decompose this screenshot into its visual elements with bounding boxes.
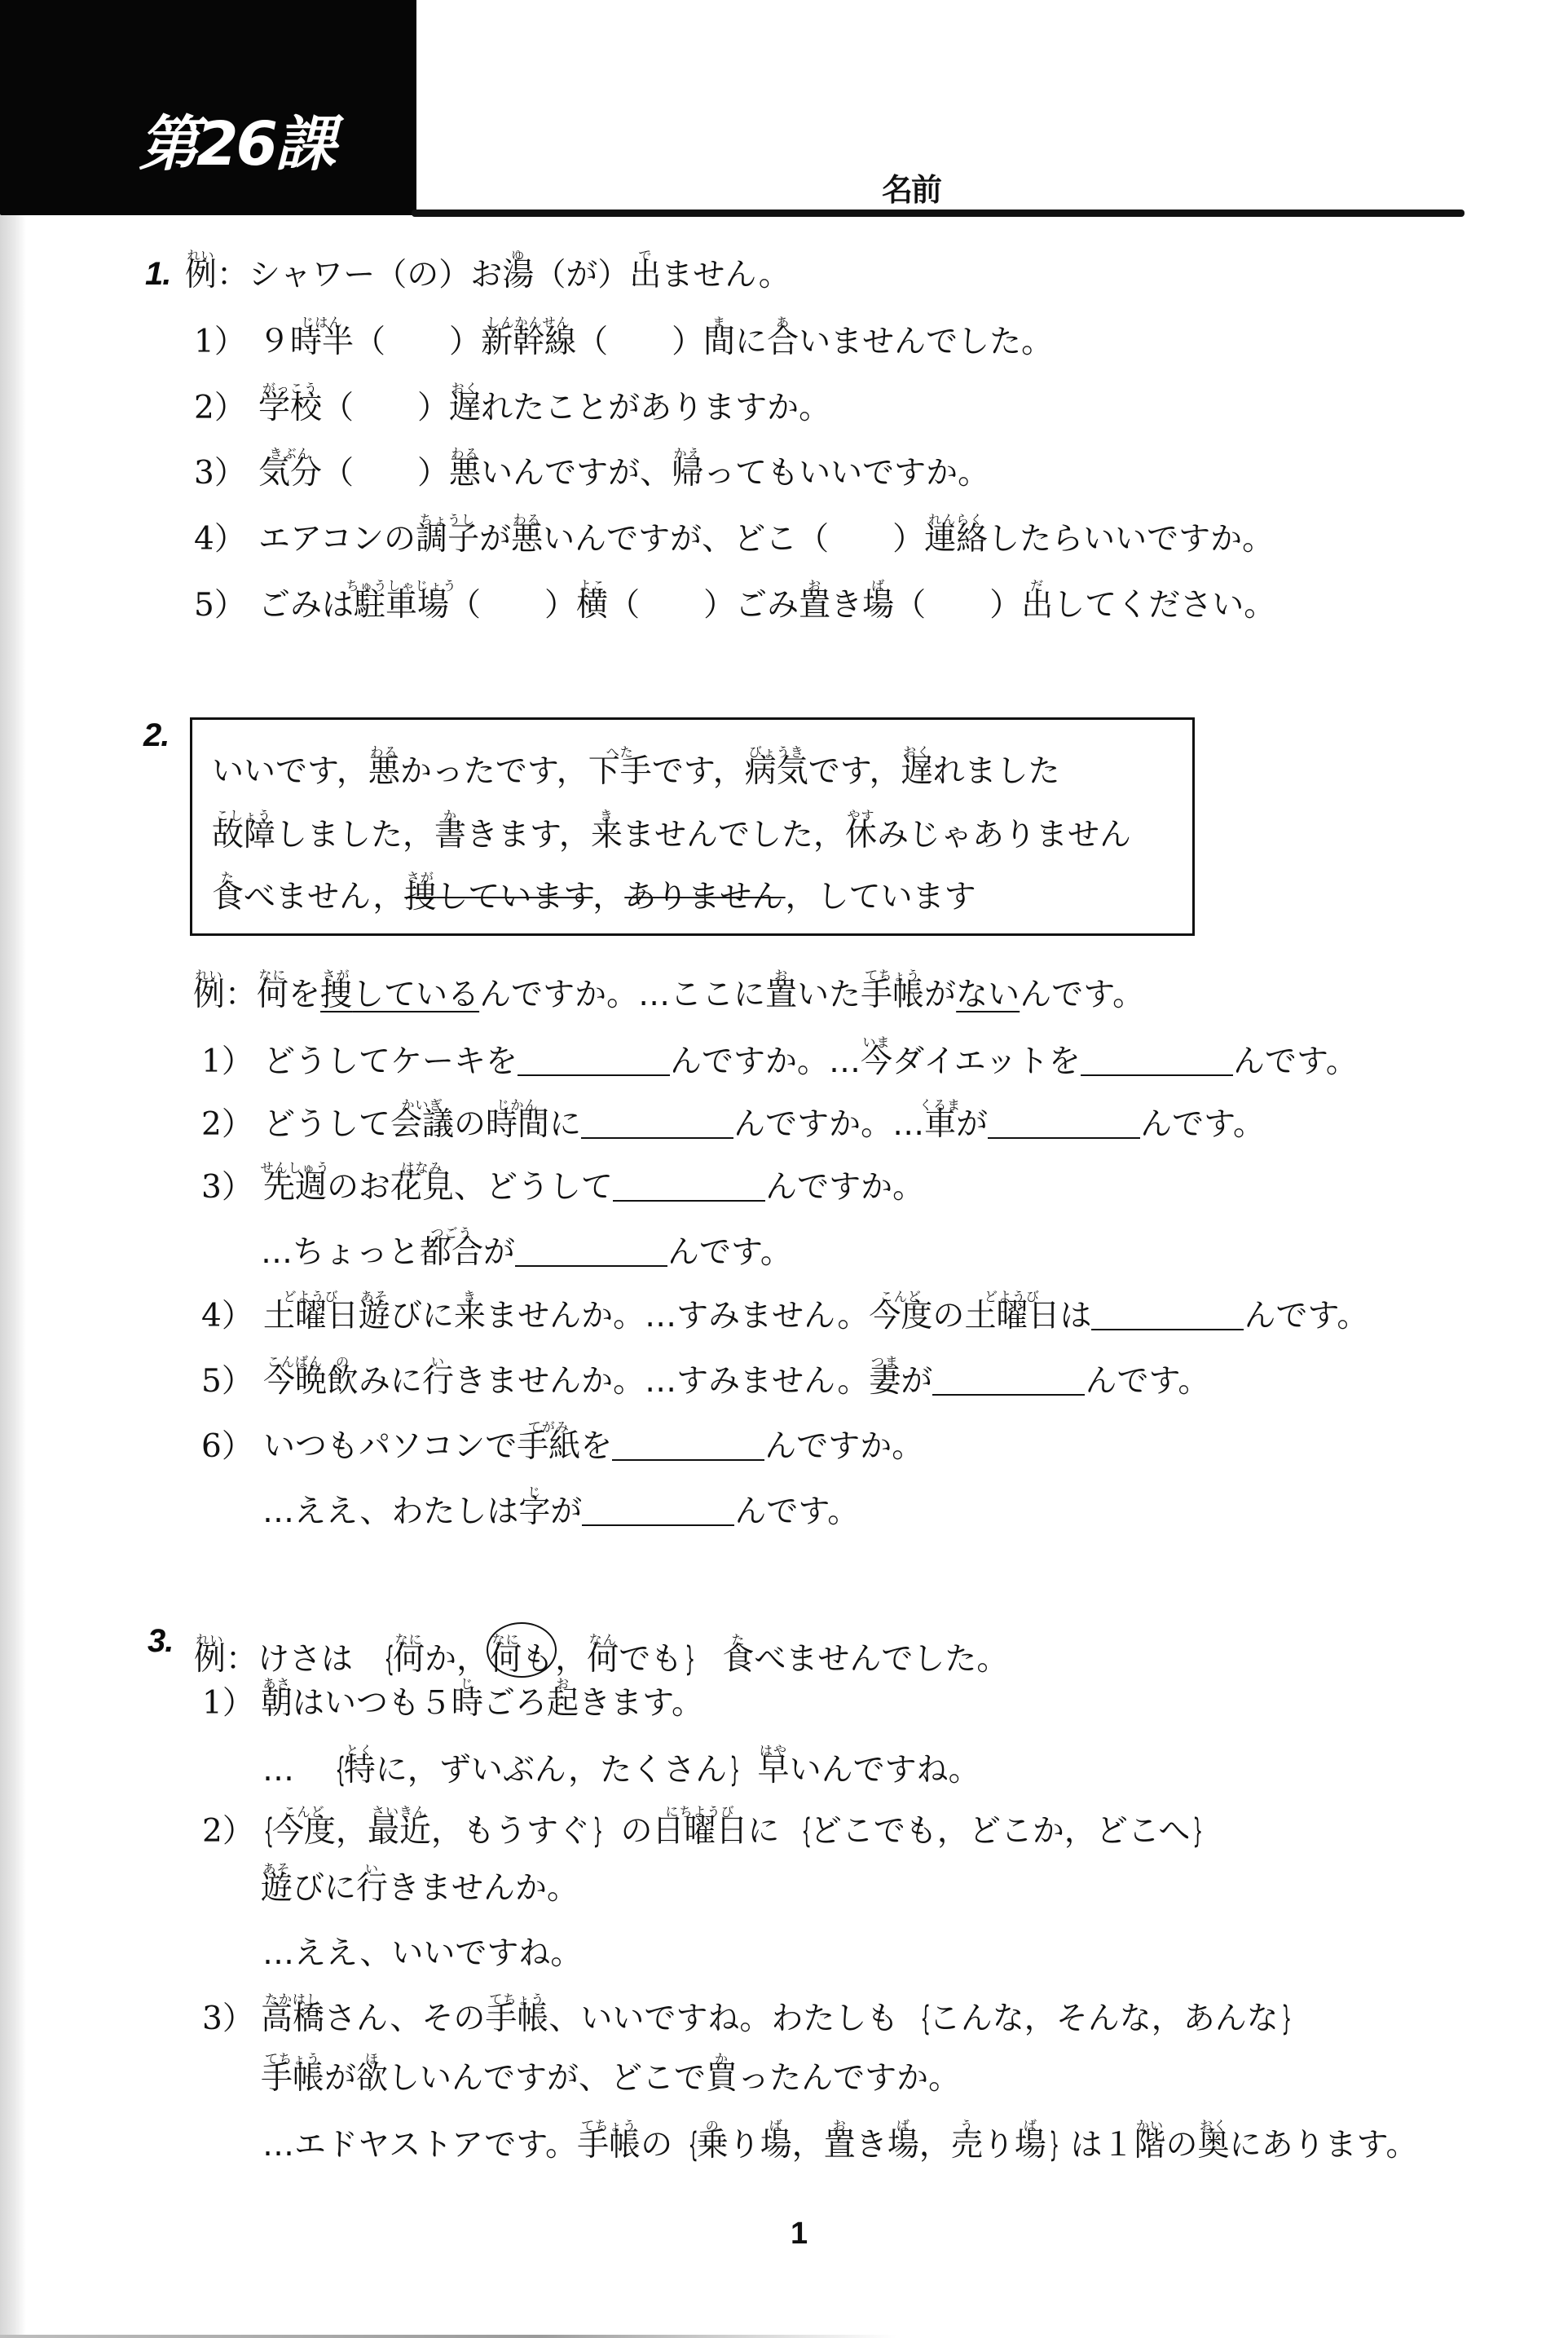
paren-close: ） <box>417 455 449 492</box>
paren-open: （ <box>797 521 829 558</box>
furigana: せんしゅう <box>260 1162 329 1175</box>
furigana: おく <box>903 746 931 759</box>
paren-close: ） <box>597 257 629 293</box>
paren-open: （ <box>354 324 385 360</box>
kanji-with-furigana: 手帳てちょう <box>577 2129 641 2162</box>
text-run: いいです， <box>212 753 368 790</box>
answer-blank-line <box>515 1241 667 1267</box>
kanji-with-furigana: 手帳てちょう <box>261 2062 324 2095</box>
text-run: んです。 <box>667 1234 792 1271</box>
text-run: ， <box>786 879 817 915</box>
furigana: こんど <box>283 1806 324 1819</box>
sentence-body: ごみは駐車場ちゅうしゃじょう（）横よこ（）ごみ置おき場ば（）出だしてください。 <box>258 587 1275 624</box>
example-answer-parentheses: （の） <box>375 259 470 292</box>
text-run: ってもいいですか。 <box>703 455 989 492</box>
kanji-with-furigana: 今度こんど <box>869 1300 932 1333</box>
text-run: けさは <box>258 1641 353 1678</box>
text-run: です， <box>808 753 901 790</box>
answer-blank-parentheses: （） <box>449 589 576 622</box>
text-run: ませんでした， <box>623 817 845 854</box>
answer-blank-parentheses: （） <box>322 392 449 425</box>
sentence-body: …ええ、いいですね。 <box>262 1935 582 1972</box>
furigana: の <box>336 1356 350 1369</box>
example-sentence: 例れい：何なにを捜さがしているんですか。…ここに置おいた手帳てちょうがないんです… <box>193 979 1144 1012</box>
text-run: ， <box>592 879 624 915</box>
furigana: かい <box>1136 2120 1164 2133</box>
kanji-with-furigana: 買か <box>706 2062 738 2095</box>
kanji-with-furigana: 遅おく <box>449 392 481 425</box>
answer-blank-line <box>612 1435 764 1461</box>
text-run: に <box>747 1813 779 1850</box>
paren-close: ） <box>449 324 481 360</box>
furigana: か <box>443 809 457 823</box>
text-run: が <box>924 977 956 1013</box>
text-run: れたことがありますか。 <box>481 390 830 426</box>
choice-brace-close: } <box>685 1643 691 1677</box>
furigana: なに <box>492 1634 520 1647</box>
furigana: やす <box>847 809 874 823</box>
question-item: 4）エアコンの調子ちょうしが悪わるいんですが、どこ（）連絡れんらくしたらいいです… <box>194 523 1274 556</box>
struck-out-option: 捜さが <box>404 881 436 914</box>
kanji-with-furigana: 食た <box>212 881 244 914</box>
text-run: が <box>901 1363 932 1400</box>
kanji-with-furigana: 車くるま <box>924 1109 956 1141</box>
text-run: れました <box>933 753 1060 790</box>
text-run: みじゃありません <box>877 817 1131 854</box>
text-run: びに <box>293 1870 356 1907</box>
text-run: いんですが、 <box>481 455 672 492</box>
choice-brace-open: { <box>920 2002 926 2036</box>
kanji-with-furigana: 時じ <box>451 1687 483 1720</box>
worksheet-page: 第26課 名前 1. 例れい：シャワー（の）お湯ゆ（が）出でません。 1）９時半… <box>0 0 1568 2338</box>
text-run: いませんでした。 <box>799 324 1053 360</box>
answer-line: …ええ、わたしは字じがんです。 <box>262 1496 859 1529</box>
sentence-body: 遊あそびに行いきませんか。 <box>261 1870 579 1907</box>
furigana: じ <box>527 1486 541 1499</box>
text-run: いた <box>797 977 861 1013</box>
kanji-with-furigana: 湯ゆ <box>502 259 534 292</box>
choice-brace-open: { <box>335 1753 341 1788</box>
sentence-body: 土曜日どようび遊あそびに来きませんか。…すみません。今度こんどの土曜日どようびは… <box>263 1298 1368 1334</box>
kanji-with-furigana: 例れい <box>185 259 217 292</box>
paren-open: （ <box>576 324 608 360</box>
text-run: んですか。 <box>764 1428 923 1465</box>
text-run: きませんか。…すみません。 <box>454 1363 869 1400</box>
text-run: みに <box>359 1363 422 1400</box>
kanji-with-furigana: 日曜日にちようび <box>652 1815 747 1848</box>
paren-close: ） <box>438 257 470 293</box>
paren-open: （ <box>608 587 640 624</box>
kanji-with-furigana: 場ば <box>888 2129 919 2162</box>
answer-blank-line <box>581 1113 733 1139</box>
item-number: 6） <box>201 1431 263 1463</box>
kanji-with-furigana: 場ば <box>1015 2129 1046 2162</box>
furigana: い <box>431 1356 445 1369</box>
furigana: お <box>556 1678 570 1691</box>
furigana: ま <box>712 316 726 329</box>
text-run: シャワー <box>249 257 375 293</box>
furigana: さが <box>323 969 350 982</box>
sentence-body: 先週せんしゅうのお花見はなみ、どうしてんですか。 <box>263 1169 924 1206</box>
text-run: しました， <box>275 817 434 854</box>
text-run: んです。 <box>1244 1298 1368 1334</box>
furigana: てちょう <box>489 1993 544 2006</box>
furigana: なに <box>259 969 287 982</box>
text-run: びに <box>390 1298 454 1334</box>
example-answer: が <box>566 259 597 292</box>
kanji-with-furigana: 遊あそ <box>261 1873 293 1905</box>
furigana: れい <box>187 249 214 262</box>
answer-blank-line <box>582 1500 734 1526</box>
text-run: でも <box>619 1641 682 1678</box>
text-run: ： <box>225 977 257 1013</box>
furigana: ば <box>1024 2120 1037 2133</box>
text-run: いんですが、どこ <box>543 521 797 558</box>
kanji-with-furigana: 横よこ <box>576 589 608 622</box>
underlined-example: ない <box>956 977 1020 1013</box>
answer-blank-line <box>518 1050 670 1076</box>
kanji-with-furigana: 何なに <box>490 1643 522 1676</box>
name-label: 名前 <box>882 172 940 208</box>
word-box-line: いいです，悪わるかったです，下手へたです，病気びょうきです，遅おくれました <box>212 756 1060 788</box>
choice-brace-close: } <box>1281 2002 1287 2036</box>
text-run: ダイエットを <box>892 1043 1081 1080</box>
kanji-with-furigana: 合あ <box>767 326 799 359</box>
paren-close: ） <box>417 390 449 426</box>
example-answer-parentheses: （が） <box>534 259 629 292</box>
item-number: 1） <box>202 1687 261 1720</box>
sentence-body: エアコンの調子ちょうしが悪わるいんですが、どこ（）連絡れんらくしたらいいですか。 <box>258 521 1274 558</box>
text-run: の <box>641 2127 672 2164</box>
text-run: …エドヤストアです。 <box>262 2127 577 2164</box>
text-run: のお <box>327 1169 390 1206</box>
text-run: んですか。… <box>733 1106 924 1143</box>
word-list: いいです，悪わるかったです，下手へたです，病気びょうきです，遅おくれました <box>212 753 1060 790</box>
text-run: ： <box>217 257 249 293</box>
kanji-with-furigana: 土曜日どようび <box>964 1300 1059 1333</box>
furigana: びょうき <box>749 746 804 759</box>
furigana: いま <box>863 1036 891 1049</box>
question-item: 3）先週せんしゅうのお花見はなみ、どうしてんですか。 <box>201 1171 924 1204</box>
item-number: 5） <box>201 1365 263 1398</box>
text-run: んです。 <box>1085 1363 1209 1400</box>
kanji-with-furigana: 何なに <box>393 1643 425 1676</box>
answer-line: …{特とくに，ずいぶん，たくさん}早はやいんですね。 <box>262 1754 980 1787</box>
furigana: しんかんせん <box>487 316 570 329</box>
text-run: んです。 <box>1233 1043 1358 1080</box>
exercise-number: 3. <box>148 1625 173 1657</box>
question-item: 2）{今度こんど，最近さいきん，もうすぐ}の日曜日にちようびに{どこでも，どこか… <box>202 1815 1201 1848</box>
furigana: おく <box>451 382 479 395</box>
text-run: ませんか。…すみません。 <box>486 1298 869 1334</box>
text-run: いつもパソコンで <box>263 1428 517 1465</box>
kanji-with-furigana: 階かい <box>1134 2129 1166 2162</box>
text-run: かったです， <box>400 753 588 790</box>
struck-out-option: しています <box>436 879 592 915</box>
answer-blank-line <box>1091 1304 1244 1330</box>
furigana: はなみ <box>402 1162 443 1175</box>
kanji-with-furigana: 来き <box>454 1300 486 1333</box>
word-list: 食たべません，捜さがしています，ありません，しています <box>212 879 976 915</box>
text-run: か， <box>425 1641 488 1678</box>
kanji-with-furigana: 土曜日どようび <box>263 1300 359 1333</box>
text-run: どうして <box>263 1106 390 1143</box>
furigana: の <box>706 2120 720 2133</box>
text-run: ったんですか。 <box>738 2060 960 2097</box>
furigana: こんばん <box>267 1356 323 1369</box>
kanji-with-furigana: 欲ほ <box>356 2062 388 2095</box>
text-run: の <box>454 1106 486 1143</box>
sentence-body: どうしてケーキをんですか。…今いまダイエットをんです。 <box>263 1043 1358 1080</box>
kanji-with-furigana: 場ば <box>862 589 894 622</box>
kanji-with-furigana: 乗の <box>697 2129 729 2162</box>
furigana: う <box>960 2120 974 2133</box>
kanji-with-furigana: 何なん <box>587 1643 619 1676</box>
text-run: ９ <box>258 324 290 360</box>
text-run: が <box>550 1493 582 1530</box>
paren-open: （ <box>322 390 354 426</box>
text-run: んです。 <box>1020 977 1144 1013</box>
kanji-with-furigana: 場ば <box>760 2129 792 2162</box>
text-run: したらいいですか。 <box>988 521 1274 558</box>
continuation-line: 遊あそびに行いきませんか。 <box>261 1873 579 1905</box>
lesson-title: 第26課 <box>139 108 333 181</box>
text-run: ，もうすぐ <box>431 1813 590 1850</box>
kanji-with-furigana: 最近さいきん <box>368 1815 431 1848</box>
kanji-with-furigana: 何なに <box>257 979 288 1012</box>
kanji-with-furigana: 会議かいぎ <box>390 1109 454 1141</box>
kanji-with-furigana: 書か <box>434 819 466 852</box>
example-answer: の <box>407 259 438 292</box>
text-run: が <box>479 521 511 558</box>
question-item: 1）どうしてケーキをんですか。…今いまダイエットをんです。 <box>201 1046 1358 1079</box>
sentence-body: 例れい：何なにを捜さがしているんですか。…ここに置おいた手帳てちょうがないんです… <box>193 977 1144 1013</box>
kanji-with-furigana: 行い <box>356 1873 388 1905</box>
furigana: ゆ <box>511 249 525 262</box>
paren-open: （ <box>894 587 926 624</box>
item-number: 3） <box>202 2003 261 2036</box>
furigana: わる <box>451 448 479 461</box>
continuation-line: 手帳てちょうが欲ほしいんですが、どこで買かったんですか。 <box>261 2062 960 2095</box>
kanji-with-furigana: 朝あさ <box>261 1687 293 1720</box>
word-box-line: 故障こしょうしました，書かきます，来きませんでした，休やすみじゃありません <box>212 819 1131 852</box>
furigana: ば <box>769 2120 783 2133</box>
kanji-with-furigana: 故障こしょう <box>212 819 275 852</box>
sentence-body: 学校がっこう（）遅おくれたことがありますか。 <box>258 390 830 426</box>
furigana: てちょう <box>265 2053 320 2066</box>
kanji-with-furigana: 食た <box>722 1643 754 1676</box>
text-run: … <box>262 1752 294 1789</box>
circled-answer: 何なにも <box>487 1622 557 1678</box>
kanji-with-furigana: 気分きぶん <box>258 457 322 490</box>
kanji-with-furigana: 例れい <box>194 1643 226 1676</box>
text-run: してください。 <box>1053 587 1275 624</box>
furigana: よこ <box>579 580 606 593</box>
kanji-with-furigana: 悪わる <box>449 457 481 490</box>
kanji-with-furigana: 遅おく <box>901 756 933 788</box>
kanji-with-furigana: 手帳てちょう <box>485 2003 548 2036</box>
furigana: ちょうし <box>420 514 475 527</box>
furigana: なに <box>395 1634 423 1647</box>
page-number: 1 <box>791 2217 808 2250</box>
question-item: 6）いつもパソコンで手紙てがみをんですか。 <box>201 1431 923 1463</box>
text-run: に <box>549 1106 581 1143</box>
kanji-with-furigana: 休やす <box>845 819 877 852</box>
furigana: わる <box>370 746 398 759</box>
furigana: ほ <box>365 2053 379 2066</box>
text-run: きます， <box>466 817 591 854</box>
text-run: を <box>580 1428 612 1465</box>
exercise-number: 1. <box>145 258 170 290</box>
furigana: か <box>715 2053 729 2066</box>
text-run: にあります。 <box>1230 2127 1418 2164</box>
furigana: さが <box>407 871 434 884</box>
kanji-with-furigana: 今晩こんばん <box>263 1365 327 1398</box>
kanji-with-furigana: 手紙てがみ <box>517 1431 580 1463</box>
underlined-example: 捜さが <box>320 979 352 1012</box>
text-run: んですか。…ここに <box>479 977 765 1013</box>
furigana: た <box>221 871 235 884</box>
furigana: れい <box>195 969 222 982</box>
exercise-number: 2. <box>143 719 169 752</box>
kanji-with-furigana: 先週せんしゅう <box>263 1171 327 1204</box>
furigana: あ <box>776 316 790 329</box>
choice-brace-close: } <box>1049 2128 1055 2163</box>
kanji-with-furigana: 下手へた <box>588 756 652 788</box>
question-item: 3）高橋たかはしさん、その手帳てちょう、いいですね。わたしも{こんな，そんな，あ… <box>202 2003 1290 2036</box>
underlined-example: している <box>352 977 479 1013</box>
furigana: さいきん <box>372 1806 427 1819</box>
furigana: こしょう <box>216 809 271 823</box>
sentence-body: 例れい：けさは{何なにか，何なにも，何なんでも}食たべませんでした。 <box>194 1641 1008 1678</box>
furigana: れい <box>196 1634 223 1647</box>
text-run: が <box>324 2060 356 2097</box>
furigana: た <box>731 1634 745 1647</box>
furigana: てちょう <box>581 2120 636 2133</box>
sentence-body: {今度こんど，最近さいきん，もうすぐ}の日曜日にちようびに{どこでも，どこか，ど… <box>261 1813 1201 1850</box>
text-run: ， <box>919 2127 951 2164</box>
item-number: 4） <box>201 1300 263 1333</box>
scan-edge-bottom-shadow <box>0 2335 896 2338</box>
sentence-body: いつもパソコンで手紙てがみをんですか。 <box>263 1428 923 1465</box>
text-run: り <box>729 2127 760 2164</box>
furigana: あさ <box>262 1678 290 1691</box>
text-run: はいつも５ <box>293 1685 451 1722</box>
scan-edge-shadow <box>0 214 26 2338</box>
paren-close: ） <box>892 521 924 558</box>
sentence-body: 手帳てちょうが欲ほしいんですが、どこで買かったんですか。 <box>261 2060 960 2097</box>
item-number: 2） <box>202 1815 261 1848</box>
text-run: ません。 <box>661 257 790 293</box>
paren-close: ） <box>544 587 576 624</box>
furigana: じはん <box>302 316 343 329</box>
sentence-body: 例れい：シャワー（の）お湯ゆ（が）出でません。 <box>185 257 791 293</box>
text-run: の <box>932 1298 964 1334</box>
kanji-with-furigana: 妻つま <box>869 1365 901 1398</box>
kanji-with-furigana: 置お <box>765 979 797 1012</box>
furigana: き <box>463 1290 477 1304</box>
text-run: は <box>1059 1298 1091 1334</box>
answer-blank-line <box>613 1176 765 1202</box>
text-run: しいんですが、どこで <box>388 2060 706 2097</box>
text-run: いんですね。 <box>790 1752 980 1789</box>
furigana: つごう <box>431 1227 473 1240</box>
sentence-body: 朝あさはいつも５時じごろ起おきます。 <box>261 1685 703 1722</box>
item-number: 2） <box>194 392 258 425</box>
furigana: じ <box>460 1678 474 1691</box>
item-number: 2） <box>201 1109 263 1141</box>
kanji-with-furigana: 例れい <box>193 979 225 1012</box>
text-run: …ええ、わたしは <box>262 1493 518 1530</box>
furigana: なん <box>589 1634 617 1647</box>
furigana: かえ <box>674 448 702 461</box>
furigana: ちゅうしゃじょう <box>346 580 457 593</box>
kanji-with-furigana: 売う <box>951 2129 983 2162</box>
text-run: き <box>856 2127 888 2164</box>
text-run: に，ずいぶん，たくさん <box>376 1752 727 1789</box>
item-number: 3） <box>201 1171 263 1204</box>
text-run: しています <box>817 879 976 915</box>
kanji-with-furigana: 今いま <box>861 1046 892 1079</box>
question-item: 3）気分きぶん（）悪わるいんですが、帰かえってもいいですか。 <box>194 457 989 490</box>
kanji-with-furigana: 字じ <box>518 1496 550 1529</box>
furigana: どようび <box>984 1290 1040 1304</box>
kanji-with-furigana: 帰かえ <box>672 457 703 490</box>
furigana: てがみ <box>528 1421 570 1434</box>
text-run: は１ <box>1071 2127 1134 2164</box>
answer-blank-parentheses: （） <box>894 589 1021 622</box>
question-item: 1）９時半じはん（）新幹線しんかんせん（）間まに合あいませんでした。 <box>194 326 1053 359</box>
kanji-with-furigana: 悪わる <box>511 523 543 556</box>
furigana: つま <box>871 1356 899 1369</box>
text-run: 、いいですね。わたしも <box>548 2001 898 2037</box>
kanji-with-furigana: 時半じはん <box>290 326 354 359</box>
choice-brace-open: { <box>801 1815 807 1849</box>
text-run: ， <box>336 1813 368 1850</box>
kanji-with-furigana: 調子ちょうし <box>416 523 479 556</box>
kanji-with-furigana: 学校がっこう <box>258 392 322 425</box>
text-run: んです。 <box>1140 1106 1265 1143</box>
text-run: の <box>1166 2127 1198 2164</box>
text-run: きませんか。 <box>388 1870 579 1907</box>
furigana: お <box>833 2120 847 2133</box>
text-run: んですか。 <box>765 1169 924 1206</box>
furigana: へた <box>606 746 634 759</box>
furigana: だ <box>1030 580 1044 593</box>
furigana: くるま <box>919 1099 961 1112</box>
furigana: とく <box>346 1745 373 1758</box>
answer-blank-line <box>932 1370 1085 1396</box>
choice-brace-close: } <box>730 1753 736 1788</box>
answer-line: …ええ、いいですね。 <box>262 1938 582 1970</box>
furigana: てちょう <box>865 969 920 982</box>
text-run: り <box>983 2127 1015 2164</box>
furigana: わる <box>513 514 541 527</box>
name-underline <box>412 210 1464 217</box>
kanji-with-furigana: 今度こんど <box>272 1815 336 1848</box>
sentence-body: どうして会議かいぎの時間じかんにんですか。…車くるまがんです。 <box>263 1106 1265 1143</box>
text-run: ： <box>226 1641 258 1678</box>
furigana: あそ <box>361 1290 389 1304</box>
choice-brace-open: { <box>264 1815 270 1849</box>
kanji-with-furigana: 病気びょうき <box>745 756 808 788</box>
sentence-body: 気分きぶん（）悪わるいんですが、帰かえってもいいですか。 <box>258 455 989 492</box>
text-run: …ちょっと <box>261 1234 420 1271</box>
choice-brace-close: } <box>593 1815 599 1849</box>
kanji-with-furigana: 出だ <box>1021 589 1053 622</box>
furigana: お <box>808 580 821 593</box>
furigana: ば <box>896 2120 910 2133</box>
